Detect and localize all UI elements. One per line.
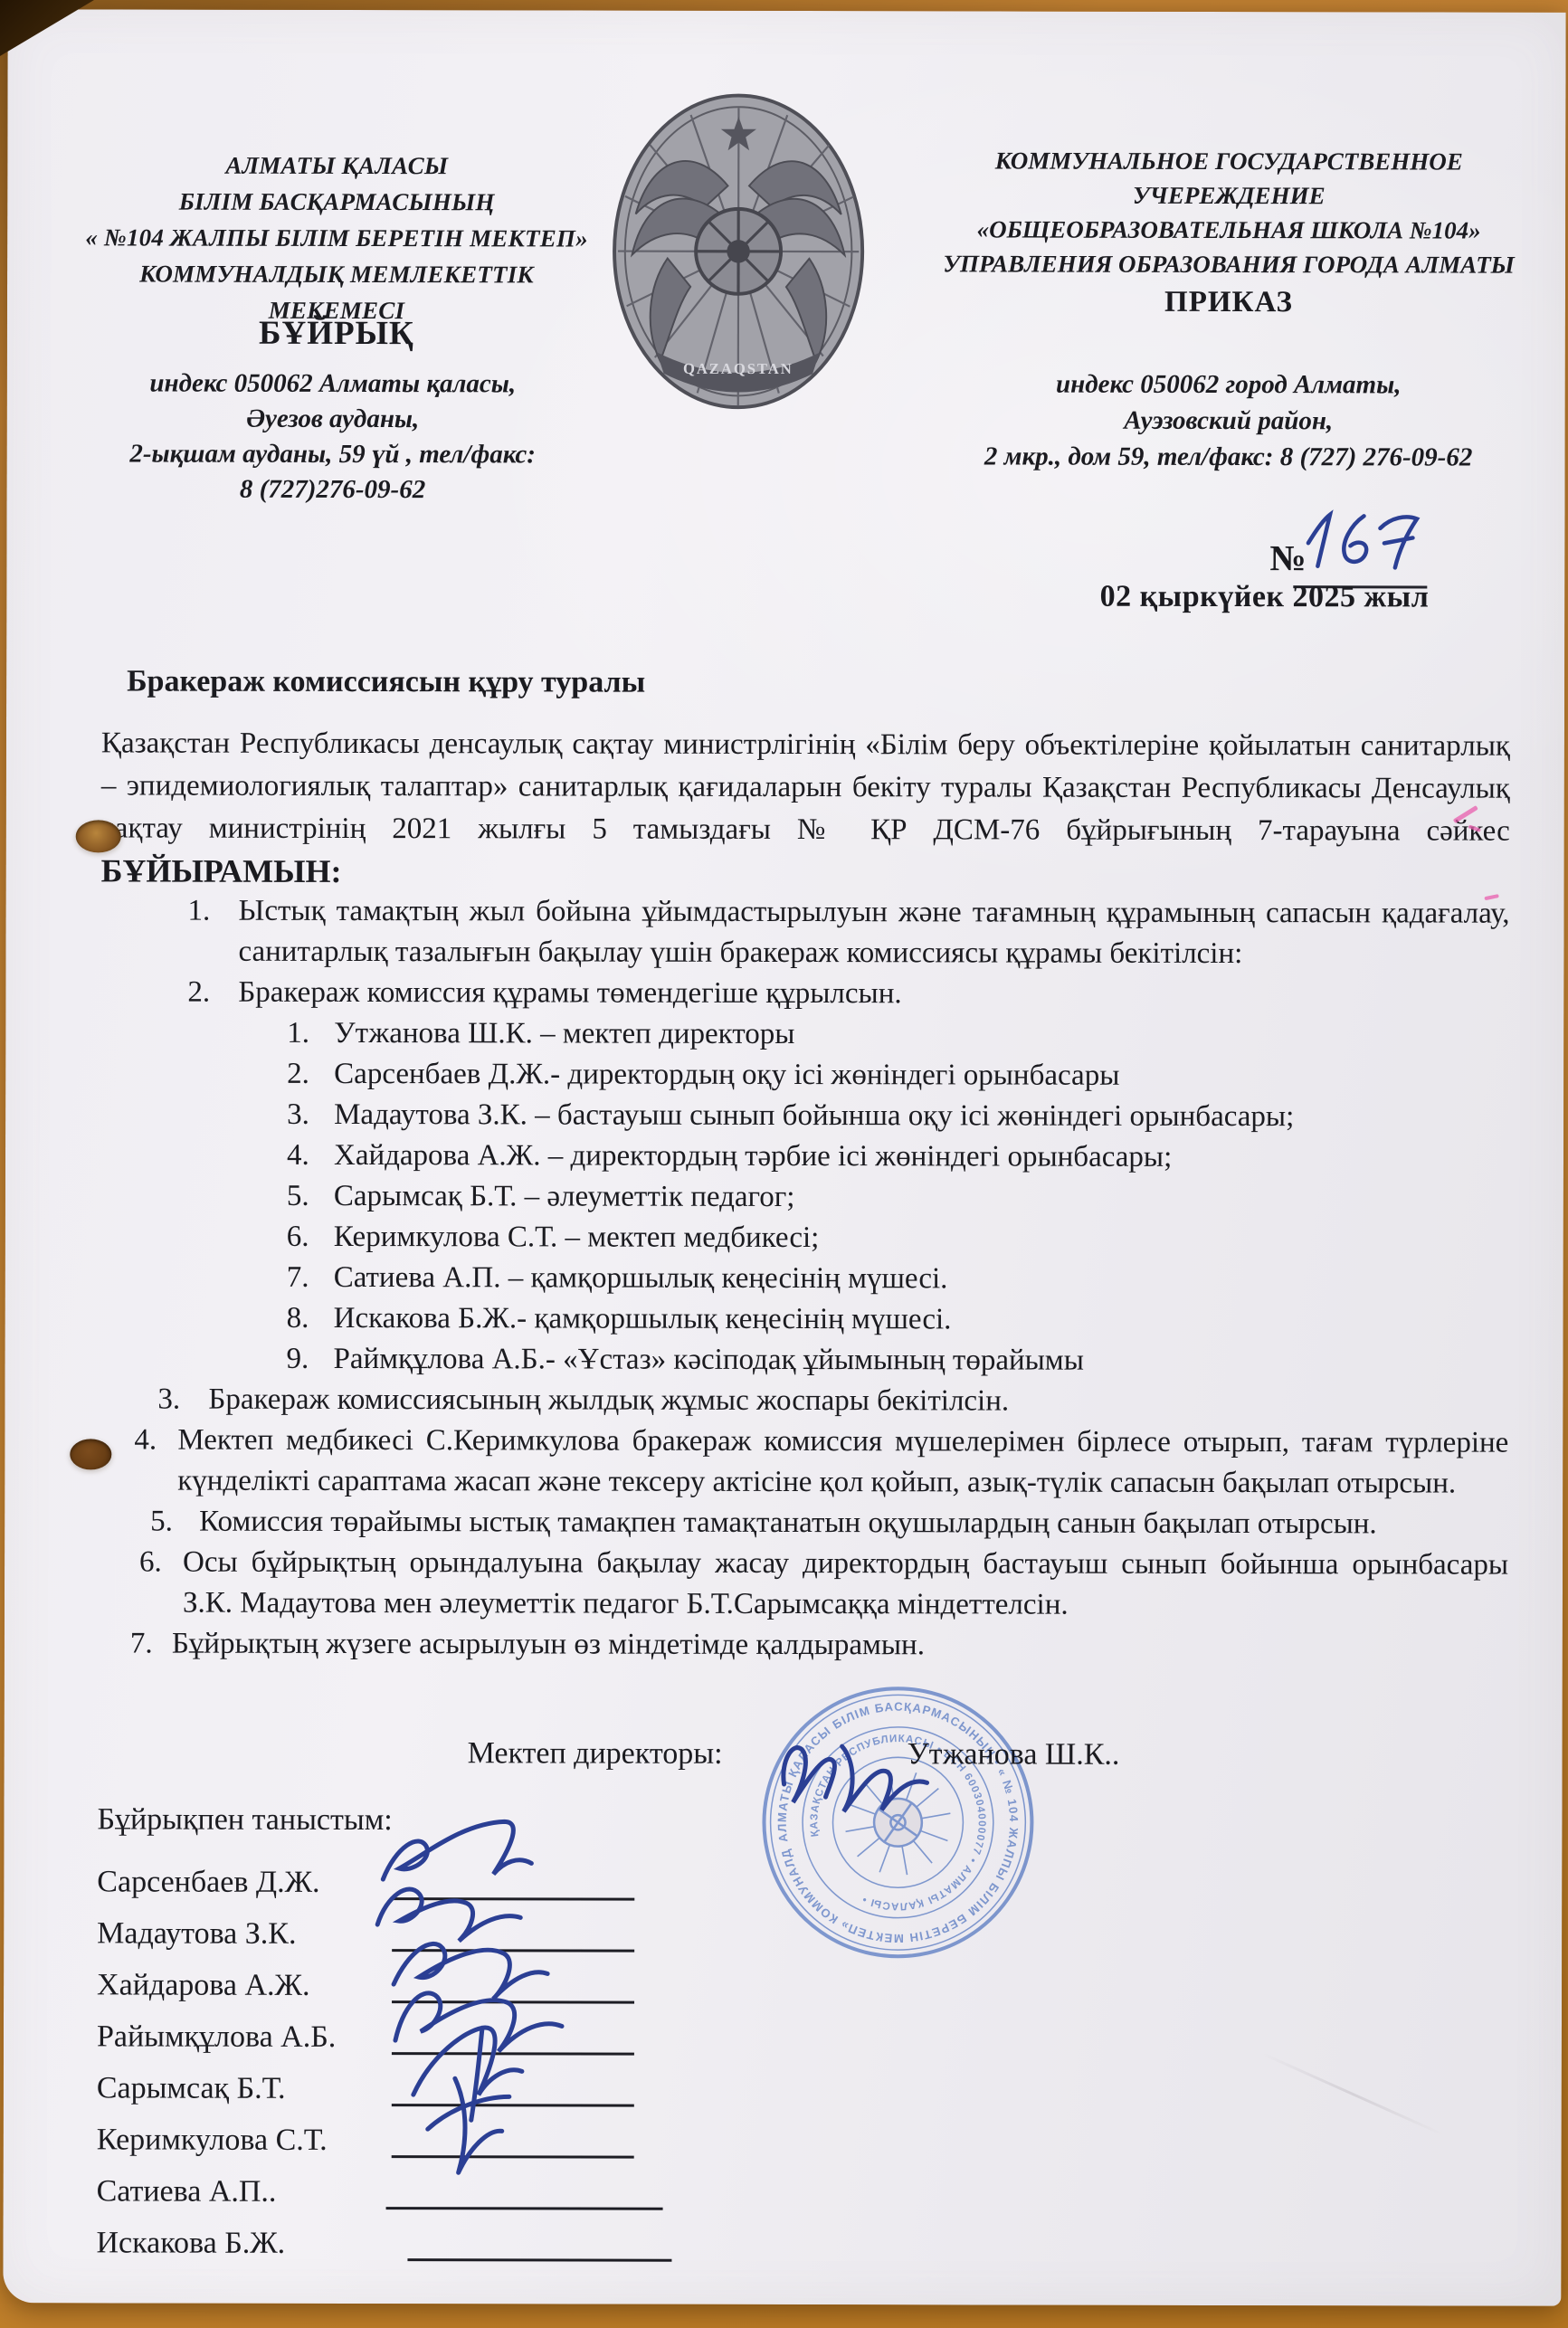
punch-hole — [76, 820, 121, 852]
address-line: Әуезов ауданы, — [62, 401, 604, 437]
member-text: Мадаутова З.К. – бастауыш сынып бойынша … — [334, 1095, 1509, 1138]
member-number: 3. — [287, 1095, 334, 1135]
address-line: индекс 050062 Алматы қаласы, — [62, 366, 604, 402]
order-item: 2. Бракераж комиссия құрамы төмендегіше … — [100, 972, 1509, 1015]
member-number: 4. — [287, 1135, 334, 1176]
item-number: 1. — [187, 891, 238, 973]
order-item: 1. Ыстық тамақтың жыл бойына ұйымдастыры… — [100, 890, 1509, 974]
acknowledgement-name: Сатиева А.П.. — [97, 2174, 385, 2209]
signature-line — [386, 2167, 663, 2210]
commission-member: 9. Раймқұлова А.Б.- «Ұстаз» кәсіподақ ұй… — [100, 1338, 1508, 1382]
emblem-banner-text: QAZAQSTAN — [683, 360, 794, 377]
member-text: Керимкулова С.Т. – мектеп медбикесі; — [334, 1217, 1509, 1260]
member-number: 1. — [287, 1013, 334, 1054]
commission-member: 1. Утжанова Ш.К. – мектеп директоры — [100, 1012, 1509, 1056]
org-block-kk: АЛМАТЫ ҚАЛАСЫ БІЛІМ БАСҚАРМАСЫНЫҢ « №104… — [78, 147, 595, 328]
member-number: 2. — [287, 1054, 334, 1095]
org-line: УПРАВЛЕНИЯ ОБРАЗОВАНИЯ ГОРОДА АЛМАТЫ — [912, 246, 1545, 281]
member-number: 8. — [287, 1298, 334, 1339]
org-address-ru: индекс 050062 город Алматы, Ауэзовский р… — [912, 366, 1545, 475]
commission-member: 8. Искакова Б.Ж.- қамқоршылық кеңесінің … — [100, 1297, 1509, 1341]
acknowledgement-row: Керимкулова С.Т. — [97, 2105, 784, 2159]
signature-line — [407, 2219, 671, 2262]
acknowledgement-name: Сарсенбаев Д.Ж. — [97, 1865, 385, 1900]
item-number: 3. — [157, 1380, 208, 1421]
signature-line — [392, 1961, 634, 2004]
photo-background: АЛМАТЫ ҚАЛАСЫ БІЛІМ БАСҚАРМАСЫНЫҢ « №104… — [0, 0, 1568, 2328]
signature-line — [392, 1858, 634, 1901]
acknowledgement-name: Керимкулова С.Т. — [97, 2123, 385, 2158]
org-line: « №104 ЖАЛПЫ БІЛІМ БЕРЕТІН МЕКТЕП» — [78, 219, 595, 256]
preamble-text: Қазақстан Республикасы денсаулық сақтау … — [101, 727, 1510, 847]
acknowledgement-row: Мадаутова З.К. — [97, 1899, 784, 1953]
doc-type-kk: БҰЙРЫҚ — [78, 313, 595, 353]
member-text: Раймқұлова А.Б.- «Ұстаз» кәсіподақ ұйымы… — [333, 1339, 1508, 1383]
member-number: 6. — [287, 1217, 334, 1258]
acknowledgement-name: Хайдарова А.Ж. — [97, 1968, 385, 2003]
preamble-paragraph: Қазақстан Республикасы денсаулық сақтау … — [101, 722, 1510, 897]
item-number: 5. — [150, 1502, 199, 1543]
member-number: 9. — [286, 1339, 333, 1380]
item-text: Осы бұйрықтың орындалуына бақылау жасау … — [183, 1543, 1508, 1627]
item-text: Комиссия төрайымы ыстық тамақпен тамақта… — [199, 1502, 1508, 1545]
acknowledgement-label: Бұйрықпен таныстым: — [97, 1802, 392, 1838]
commission-member: 5. Сарымсақ Б.Т. – әлеуметтік педагог; — [100, 1175, 1509, 1219]
acknowledgement-row: Сарсенбаев Д.Ж. — [97, 1848, 784, 1901]
signature-line — [392, 1909, 634, 1953]
member-text: Хайдарова А.Ж. – директордың тәрбие ісі … — [334, 1135, 1509, 1179]
order-item: 7. Бұйрықтың жүзеге асырылуын өз міндеті… — [100, 1623, 1508, 1667]
acknowledgement-row: Райымқұлова А.Б. — [97, 2002, 784, 2056]
address-line: 8 (727)276-09-62 — [62, 471, 604, 508]
order-date: 02 қыркүйек 2025 жыл — [984, 579, 1429, 614]
org-line: УЧЕРЕЖДЕНИЕ — [912, 177, 1545, 213]
address-line: 2-ықшам ауданы, 59 үй , тел/факс: — [62, 436, 604, 472]
address-line: индекс 050062 город Алматы, — [912, 366, 1545, 403]
resolve-word: БҰЙЫРАМЫН: — [101, 852, 342, 889]
acknowledgement-name: Искакова Б.Ж. — [96, 2226, 384, 2261]
item-number: 4. — [134, 1420, 177, 1501]
kazakhstan-coat-of-arms-icon: QAZAQSTAN — [604, 81, 873, 419]
document-page: АЛМАТЫ ҚАЛАСЫ БІЛІМ БАСҚАРМАСЫНЫҢ « №104… — [3, 9, 1565, 2306]
order-item: 5. Комиссия төрайымы ыстық тамақпен тама… — [100, 1501, 1508, 1544]
signature-line — [392, 2064, 634, 2107]
punch-hole — [70, 1439, 111, 1469]
acknowledgement-row: Сарымсақ Б.Т. — [97, 2054, 784, 2107]
commission-member: 2. Сарсенбаев Д.Ж.- директордың оқу ісі … — [100, 1053, 1509, 1097]
order-item: 6. Осы бұйрықтың орындалуына бақылау жас… — [100, 1542, 1508, 1626]
member-text: Сарымсақ Б.Т. – әлеуметтік педагог; — [334, 1176, 1509, 1220]
handwritten-order-number — [1298, 508, 1434, 587]
order-items: 1. Ыстық тамақтың жыл бойына ұйымдастыры… — [100, 890, 1510, 1667]
org-line: БІЛІМ БАСҚАРМАСЫНЫҢ — [78, 183, 595, 220]
acknowledgement-row: Сатиева А.П.. — [97, 2157, 784, 2210]
signature-line — [392, 2012, 634, 2056]
commission-member: 6. Керимкулова С.Т. – мектеп медбикесі; — [100, 1216, 1509, 1259]
org-address-kk: индекс 050062 Алматы қаласы, Әуезов ауда… — [62, 366, 604, 508]
acknowledgement-name: Сарымсақ Б.Т. — [97, 2071, 385, 2106]
commission-member: 4. Хайдарова А.Ж. – директордың тәрбие і… — [100, 1135, 1509, 1178]
item-text: Мектеп медбикесі С.Керимкулова бракераж … — [177, 1421, 1508, 1505]
org-block-ru: КОММУНАЛЬНОЕ ГОСУДАРСТВЕННОЕ УЧЕРЕЖДЕНИЕ… — [912, 143, 1545, 281]
org-line: КОММУНАЛЬНОЕ ГОСУДАРСТВЕННОЕ — [912, 143, 1545, 178]
acknowledgement-row: Хайдарова А.Ж. — [97, 1951, 784, 2004]
org-line: КОММУНАЛДЫҚ МЕМЛЕКЕТТІК — [78, 255, 595, 292]
org-line: «ОБЩЕОБРАЗОВАТЕЛЬНАЯ ШКОЛА №104» — [912, 212, 1545, 247]
item-text: Бракераж комиссия құрамы төмендегіше құр… — [238, 973, 1509, 1016]
order-item: 3. Бракераж комиссиясының жылдық жұмыс ж… — [100, 1379, 1508, 1422]
order-item: 4. Мектеп медбикесі С.Керимкулова бракер… — [100, 1420, 1508, 1504]
item-text: Ыстық тамақтың жыл бойына ұйымдастырылуы… — [238, 891, 1509, 975]
paper-crease — [1262, 2052, 1445, 2136]
address-line: Ауэзовский район, — [912, 402, 1545, 439]
doc-type-ru: ПРИКАЗ — [912, 285, 1545, 319]
member-text: Утжанова Ш.К. – мектеп директоры — [334, 1013, 1509, 1057]
acknowledgement-name: Мадаутова З.К. — [97, 1916, 385, 1952]
acknowledgement-list: Сарсенбаев Д.Ж. Мадаутова З.К. Хайдарова… — [96, 1848, 784, 2262]
member-number: 7. — [287, 1258, 334, 1298]
acknowledgement-row: Искакова Б.Ж. — [96, 2209, 784, 2262]
item-number: 6. — [139, 1543, 183, 1624]
item-number: 7. — [130, 1623, 172, 1664]
subject-line: Бракераж комиссиясын құру туралы — [127, 664, 645, 699]
director-role-label: Мектеп директоры: — [468, 1736, 723, 1772]
commission-member: 7. Сатиева А.П. – қамқоршылық кеңесінің … — [100, 1257, 1509, 1300]
address-line: 2 мкр., дом 59, тел/факс: 8 (727) 276-09… — [912, 438, 1545, 475]
commission-member: 3. Мадаутова З.К. – бастауыш сынып бойын… — [100, 1094, 1509, 1137]
acknowledgement-name: Райымқұлова А.Б. — [97, 2019, 385, 2055]
signature-line — [392, 2115, 634, 2159]
member-number: 5. — [287, 1176, 334, 1217]
item-number: 2. — [187, 973, 238, 1013]
item-text: Бұйрықтың жүзеге асырылуын өз міндетімде… — [172, 1624, 1508, 1668]
member-text: Сатиева А.П. – қамқоршылық кеңесінің мүш… — [334, 1258, 1509, 1301]
member-text: Сарсенбаев Д.Ж.- директордың оқу ісі жөн… — [334, 1054, 1509, 1097]
director-signature — [774, 1714, 946, 1831]
member-text: Искакова Б.Ж.- қамқоршылық кеңесінің мүш… — [334, 1298, 1509, 1342]
org-line: АЛМАТЫ ҚАЛАСЫ — [78, 147, 595, 184]
item-text: Бракераж комиссиясының жылдық жұмыс жосп… — [208, 1380, 1508, 1423]
